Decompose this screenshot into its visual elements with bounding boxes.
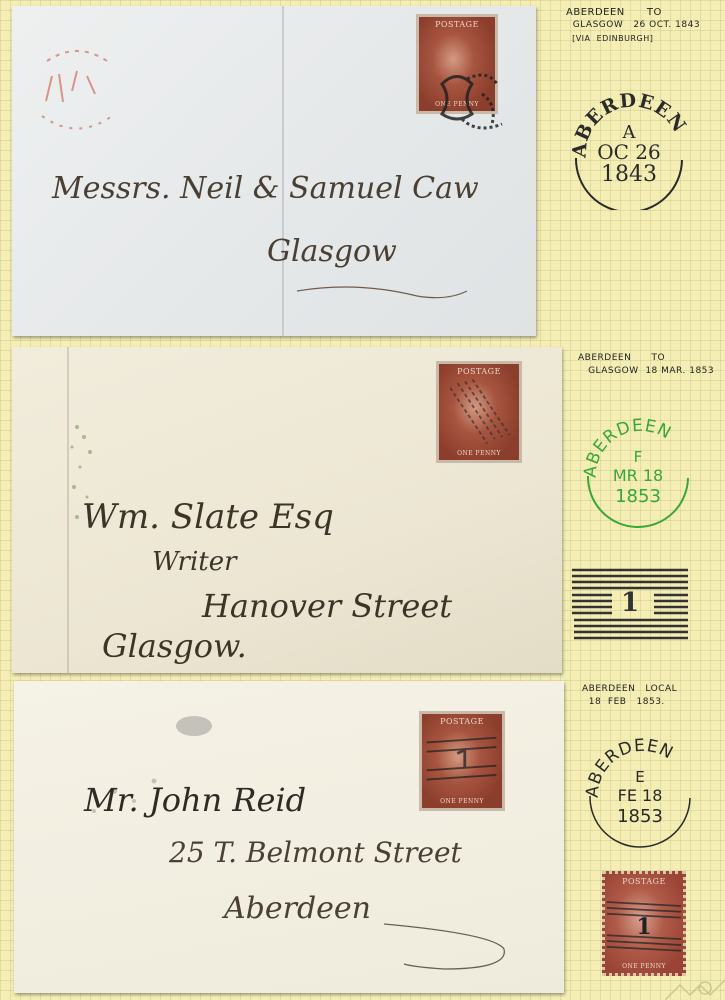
penny-red-stamp: POSTAGE ONE PENNY [436, 361, 522, 463]
address-flourish [374, 916, 524, 976]
foxing-marks [54, 701, 254, 851]
address-line-1: Messrs. Neil & Samuel Caw [52, 171, 479, 206]
postmark-code: E [584, 768, 696, 786]
annotation-cover-1: ABERDEEN TO GLASGOW 26 OCT. 1843 [VIA ED… [566, 6, 700, 45]
cover-2: POSTAGE ONE PENNY Wm. Slate Esq Writer H… [12, 347, 562, 673]
address-line-1: Mr. John Reid [84, 781, 306, 819]
annotation-line: GLASGOW 18 MAR. 1853 [578, 365, 714, 378]
postmark-year: 1853 [582, 486, 694, 507]
address-line-3: Aberdeen [224, 891, 371, 926]
red-datestamp-mark [27, 36, 117, 146]
numeral-1-cancel-icon [422, 714, 502, 808]
cancel-numeral: 1 [605, 914, 683, 940]
annotation-line: 18 FEB 1853. [582, 696, 677, 709]
postmark-year: 1843 [568, 162, 690, 187]
numeral-cancel-icon [439, 364, 519, 460]
postmark-3: ABERDEEN E FE 18 1853 [584, 738, 696, 850]
penny-red-stamp: POSTAGE ONE PENNY [419, 711, 505, 811]
postmark-date: MR 18 [582, 466, 694, 485]
annotation-line: GLASGOW 26 OCT. 1843 [566, 19, 700, 32]
postmark-date: OC 26 [568, 140, 690, 164]
postmark-date: FE 18 [584, 786, 696, 805]
maltese-cross-cancel-icon [422, 54, 522, 144]
address-flourish [292, 276, 472, 306]
address-line-2: Writer [152, 547, 237, 577]
numeral-value: 1 [570, 588, 690, 618]
stamp-postage-label: POSTAGE [419, 20, 495, 29]
numeral-obliterator: 1 [570, 564, 690, 644]
address-line-1: Wm. Slate Esq [82, 497, 334, 537]
annotation-cover-3: ABERDEEN LOCAL 18 FEB 1853. [582, 683, 677, 709]
address-line-3: Hanover Street [202, 587, 452, 625]
cover-3: POSTAGE ONE PENNY Mr. John Reid 25 T. Be… [14, 681, 564, 993]
annotation-line: [VIA EDINBURGH] [566, 32, 700, 45]
postmark-code: F [582, 448, 694, 466]
annotation-line: ABERDEEN LOCAL [582, 683, 677, 696]
cover-1: POSTAGE ONE PENNY Messrs. Neil & Samuel … [12, 6, 536, 336]
postmark-2: ABERDEEN F MR 18 1853 [582, 418, 694, 530]
address-line-2: Glasgow [267, 234, 397, 269]
postmark-1: ABERDEEN A OC 26 1843 [568, 88, 690, 210]
annotation-line: ABERDEEN TO [578, 352, 714, 365]
page-corner-ornament-icon [665, 960, 725, 1000]
annotation-line: ABERDEEN TO [566, 6, 700, 19]
postmark-year: 1853 [584, 806, 696, 827]
annotation-cover-2: ABERDEEN TO GLASGOW 18 MAR. 1853 [578, 352, 714, 378]
address-line-2: 25 T. Belmont Street [169, 836, 462, 869]
address-line-4: Glasgow. [102, 627, 247, 665]
